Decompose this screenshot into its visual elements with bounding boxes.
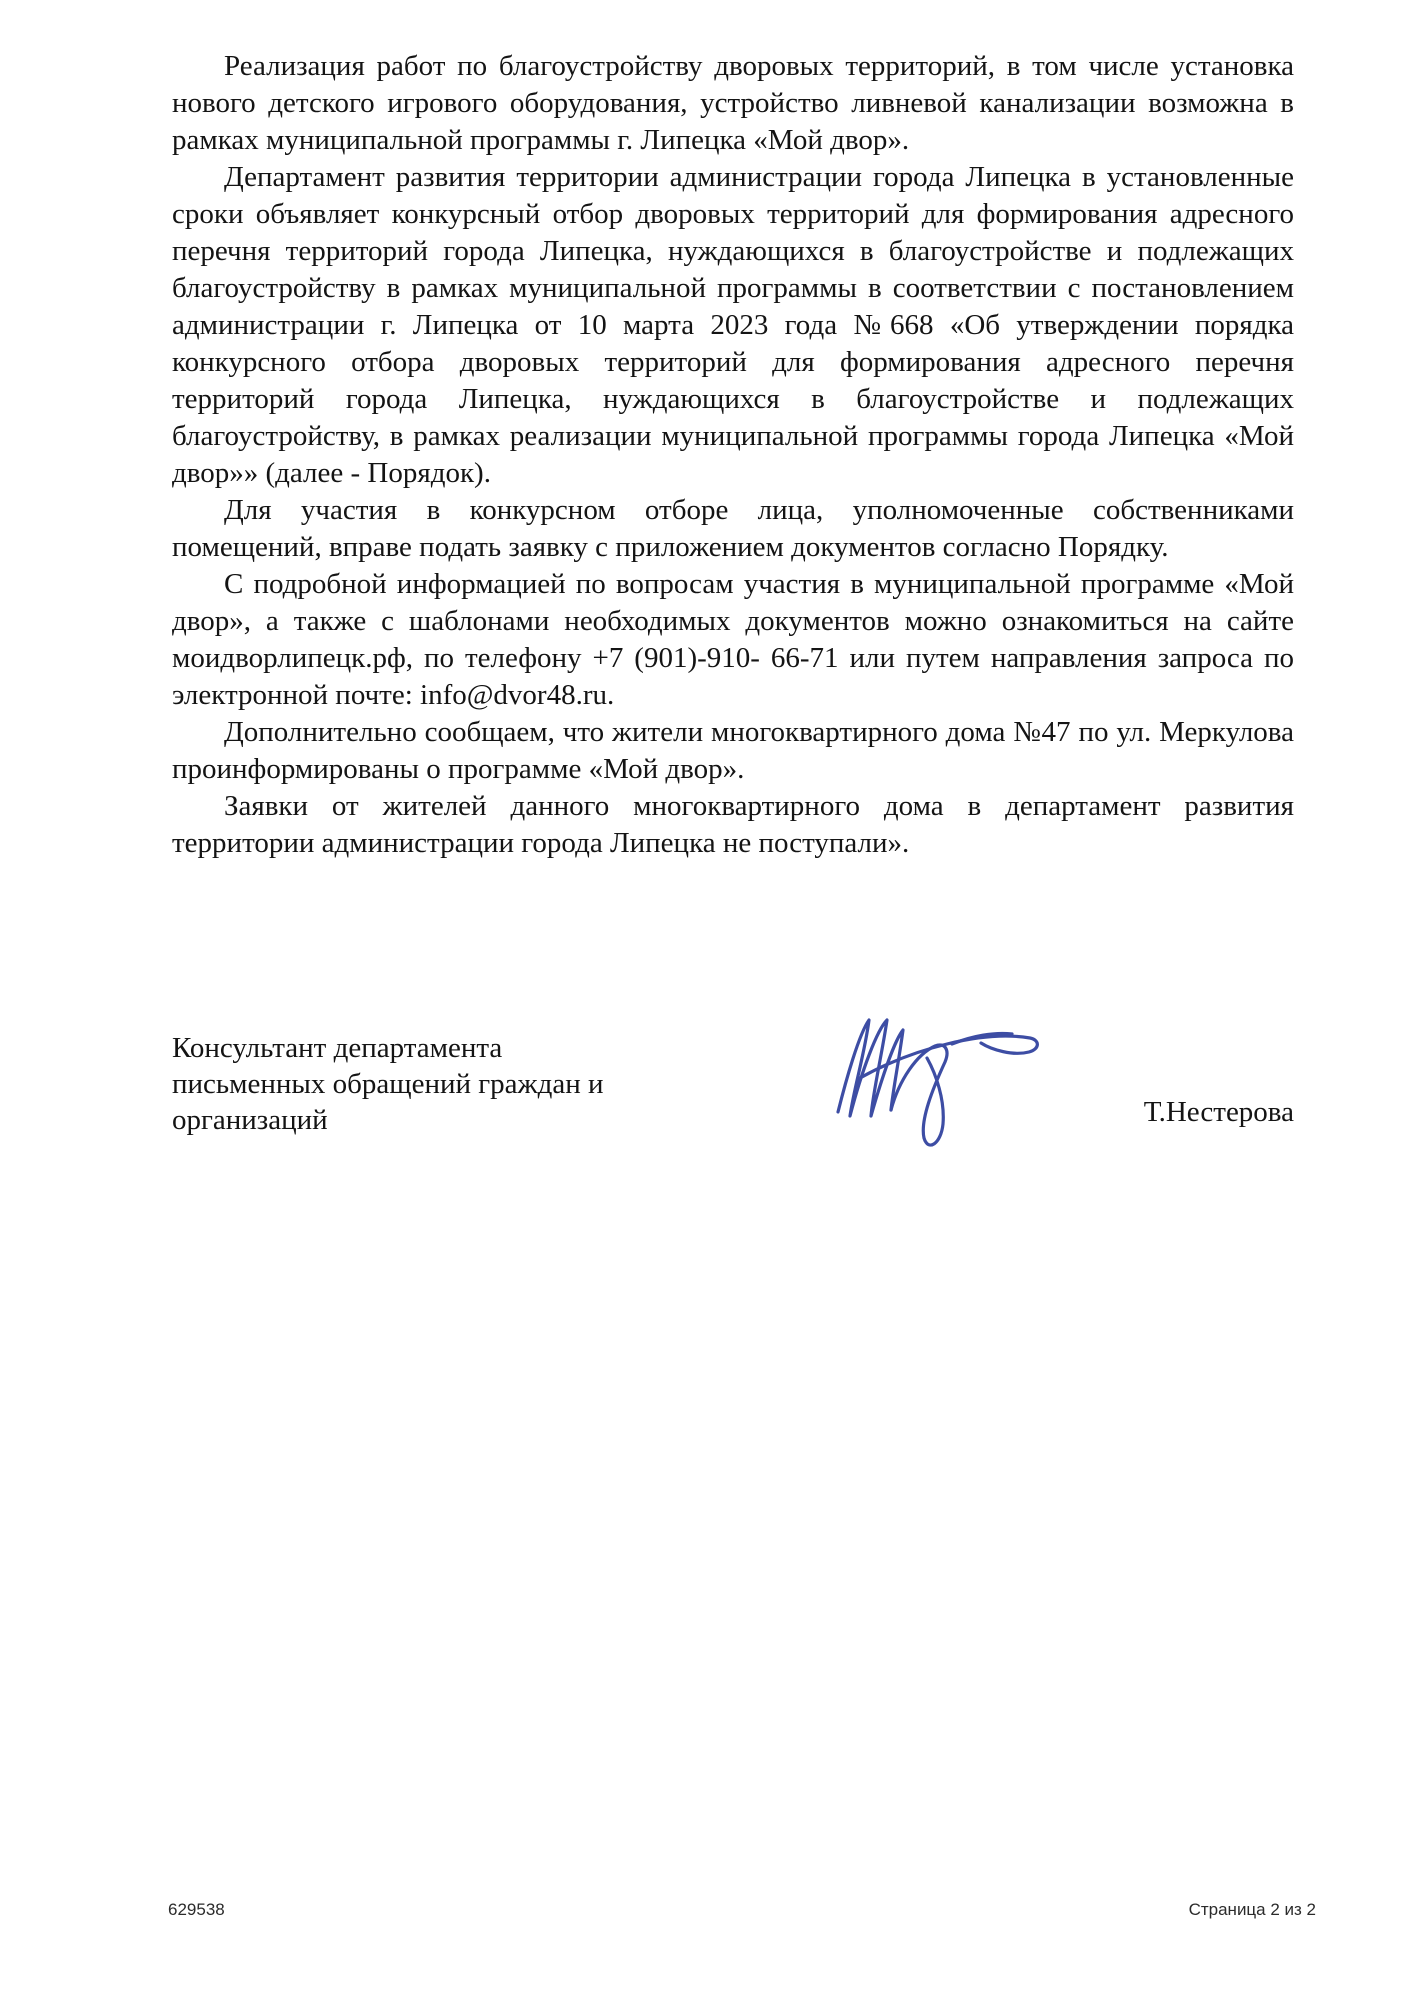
signer-role-line: организаций bbox=[172, 1102, 692, 1138]
scanned-letter-page: Реализация работ по благоустройству двор… bbox=[0, 0, 1413, 2000]
signer-role: Консультант департаментаписьменных обращ… bbox=[172, 1030, 692, 1138]
paragraph: Для участия в конкурсном отборе лица, уп… bbox=[172, 492, 1294, 566]
page-number-label: Страница 2 из 2 bbox=[1189, 1900, 1316, 1920]
signer-role-line: письменных обращений граждан и bbox=[172, 1066, 692, 1102]
letter-body: Реализация работ по благоустройству двор… bbox=[172, 48, 1294, 862]
paragraph: Заявки от жителей данного многоквартирно… bbox=[172, 788, 1294, 862]
page-footer: 629538 Страница 2 из 2 bbox=[168, 1900, 1316, 1920]
paragraph: С подробной информацией по вопросам учас… bbox=[172, 566, 1294, 714]
signer-role-line: Консультант департамента bbox=[172, 1030, 692, 1066]
signature-block: Консультант департаментаписьменных обращ… bbox=[172, 1030, 1294, 1150]
handwritten-signature-icon bbox=[832, 992, 1052, 1157]
paragraph: Дополнительно сообщаем, что жители много… bbox=[172, 714, 1294, 788]
paragraph: Реализация работ по благоустройству двор… bbox=[172, 48, 1294, 159]
document-number: 629538 bbox=[168, 1900, 225, 1920]
signer-name: Т.Нестерова bbox=[1144, 1094, 1294, 1130]
paragraph: Департамент развития территории админист… bbox=[172, 159, 1294, 492]
